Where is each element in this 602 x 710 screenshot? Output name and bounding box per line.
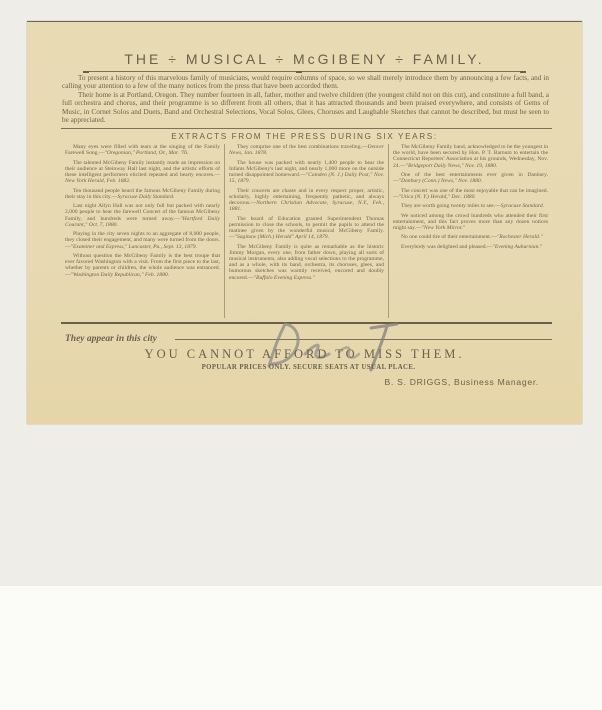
rule-ornament: [296, 71, 302, 73]
extract-source: "Buffalo Evening Express.": [254, 275, 315, 281]
appear-label: They appear in this city: [65, 334, 157, 344]
divider: [61, 128, 552, 129]
press-extract: No one could tire of their entertainment…: [393, 234, 548, 240]
scan-background: [0, 586, 602, 710]
extract-text: Everybody was delighted and pleased.—: [401, 244, 493, 250]
extract-source: "Danbury (Conn.) News," Nov. 1880.: [399, 178, 483, 184]
headline-miss-them: YOU CANNOT AFFORD TO MISS THEM.: [27, 347, 582, 362]
press-extract: They are worth going twenty miles to see…: [393, 203, 548, 209]
extracts-column: They comprise one of the best combinatio…: [224, 144, 388, 318]
extract-source: Syracuse Standard.: [501, 203, 544, 209]
rule-ornament: [520, 71, 526, 73]
press-extract: The McGibeny Family band, acknowledged t…: [393, 144, 548, 169]
press-extract: They comprise one of the best combinatio…: [229, 144, 384, 156]
extracts-heading: EXTRACTS FROM THE PRESS DURING SIX YEARS…: [27, 132, 582, 141]
extract-text: They comprise one of the best combinatio…: [237, 144, 368, 150]
extract-text: The talented McGibeny Family instantly m…: [65, 160, 220, 178]
rule-ornament: [83, 71, 89, 73]
extract-source: New York Herald, Feb. 1882.: [65, 178, 131, 184]
extract-text: They are worth going twenty miles to see…: [401, 203, 501, 209]
press-extract: The talented McGibeny Family instantly m…: [65, 160, 220, 185]
press-extract: Many eyes were filled with tears at the …: [65, 144, 220, 156]
press-extract: Without question the McGibeny Family is …: [65, 253, 220, 278]
press-extract: The McGibeny Family is quite as remarkab…: [229, 244, 384, 281]
title-rule: [83, 71, 526, 72]
press-extract: The house was packed with nearly 1,400 p…: [229, 160, 384, 185]
press-extract: The board of Education granted Superinte…: [229, 216, 384, 241]
press-extracts: Many eyes were filled with tears at the …: [61, 144, 552, 318]
page-title: THE ÷ MUSICAL ÷ McGIBENY ÷ FAMILY.: [27, 51, 582, 67]
extract-source: Syracuse Daily Standard.: [117, 194, 174, 200]
extracts-column: The McGibeny Family band, acknowledged t…: [388, 144, 552, 318]
business-manager: B. S. DRIGGS, Business Manager.: [385, 377, 539, 387]
extract-text: We noticed among the crowd hundreds who …: [393, 213, 548, 231]
divider-thick: [61, 322, 552, 324]
extract-source: "Bridgeport Daily News," Nov. 19, 1880.: [406, 163, 498, 169]
press-extract: We noticed among the crowd hundreds who …: [393, 213, 548, 232]
press-extract: One of the best entertainments ever give…: [393, 172, 548, 184]
press-extract: Their concerts are chaste and in every r…: [229, 188, 384, 213]
press-extract: Last night Allyn Hall was not only full …: [65, 203, 220, 228]
press-extract: Everybody was delighted and pleased.—"Ev…: [393, 244, 548, 250]
date-fill-line: [175, 339, 552, 340]
intro-paragraph: To present a history of this marvelous f…: [62, 74, 549, 91]
extract-source: "Examiner and Express," Lancaster, Pa., …: [71, 244, 197, 250]
extracts-column: Many eyes were filled with tears at the …: [61, 144, 224, 318]
press-extract: Playing in the city seven nights to an a…: [65, 231, 220, 250]
extract-source: "Evening Auburnian.": [493, 244, 543, 250]
extract-source: "Saginaw (Mich.) Herald" April 14, 1879.: [235, 234, 329, 240]
extract-source: "Rochester Herald.": [497, 234, 543, 240]
extract-source: "Utica (N. Y.) Herald," Dec. 1880.: [399, 194, 476, 200]
intro-paragraph: Their home is at Portland, Oregon. They …: [62, 91, 549, 125]
handbill-card: THE ÷ MUSICAL ÷ McGIBENY ÷ FAMILY. To pr…: [27, 21, 582, 424]
appear-row: They appear in this city: [65, 328, 552, 342]
extract-source: "Oregonian," Portland, Or., Mar. '76.: [104, 150, 188, 156]
press-extract: Ten thousand people heard the famous McG…: [65, 188, 220, 200]
extract-source: "New York Mirror.": [422, 225, 466, 231]
intro-text: To present a history of this marvelous f…: [62, 74, 549, 124]
extract-source: "Washington Daily Republican," Feb. 1880…: [71, 272, 170, 278]
popular-prices-line: POPULAR PRICES ONLY. SECURE SEATS AT USU…: [27, 364, 582, 371]
press-extract: The concert was one of the most enjoyabl…: [393, 188, 548, 200]
extract-text: No one could tire of their entertainment…: [401, 234, 497, 240]
